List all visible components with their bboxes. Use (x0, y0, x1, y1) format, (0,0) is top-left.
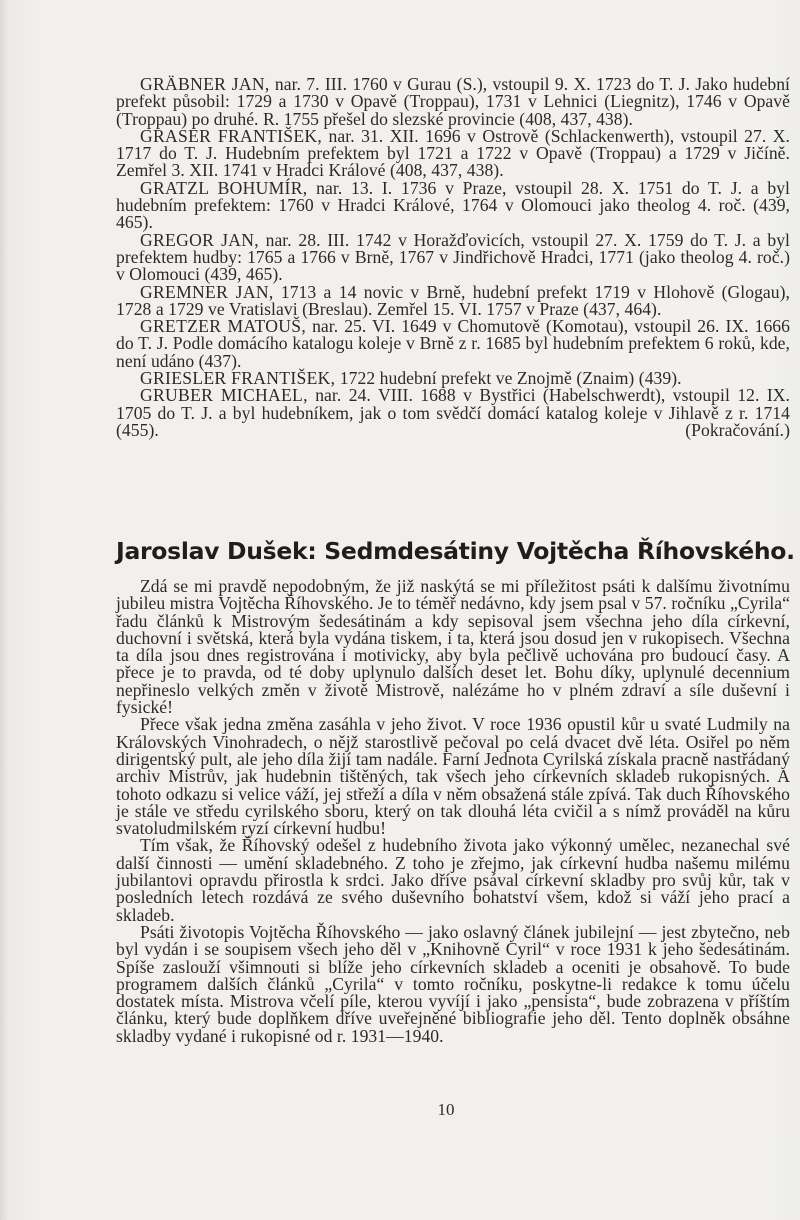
entry-gratzl: GRATZL BOHUMÍR, nar. 13. I. 1736 v Praze… (116, 180, 790, 232)
article-paragraph: Zdá se mi pravdě nepodobným, že již nask… (116, 578, 790, 716)
article-paragraph: Přece však jedna změna zasáhla v jeho ži… (116, 716, 790, 837)
entry-gremner: GREMNER JAN, 1713 a 14 novic v Brně, hud… (116, 284, 790, 319)
biographical-entries: GRÄBNER JAN, nar. 7. III. 1760 v Gurau (… (116, 76, 790, 439)
article-paragraph: Psáti životopis Vojtěcha Říhovského — ja… (116, 924, 790, 1045)
article-body: Zdá se mi pravdě nepodobným, že již nask… (116, 578, 790, 1045)
entry-grabner: GRÄBNER JAN, nar. 7. III. 1760 v Gurau (… (116, 76, 790, 128)
entry-graser: GRASER FRANTIŠEK, nar. 31. XII. 1696 v O… (116, 128, 790, 180)
scanned-page: GRÄBNER JAN, nar. 7. III. 1760 v Gurau (… (0, 0, 800, 1220)
article-paragraph: Tím však, že Říhovský odešel z hudebního… (116, 837, 790, 923)
entry-gregor: GREGOR JAN, nar. 28. III. 1742 v Horažďo… (116, 232, 790, 284)
article-title: Jaroslav Dušek: Sedmdesátiny Vojtěcha Ří… (116, 537, 796, 565)
entry-gretzer: GRETZER MATOUŠ, nar. 25. VI. 1649 v Chom… (116, 318, 790, 370)
continued-note: (Pokračování.) (116, 422, 790, 439)
page-number: 10 (0, 1100, 800, 1120)
